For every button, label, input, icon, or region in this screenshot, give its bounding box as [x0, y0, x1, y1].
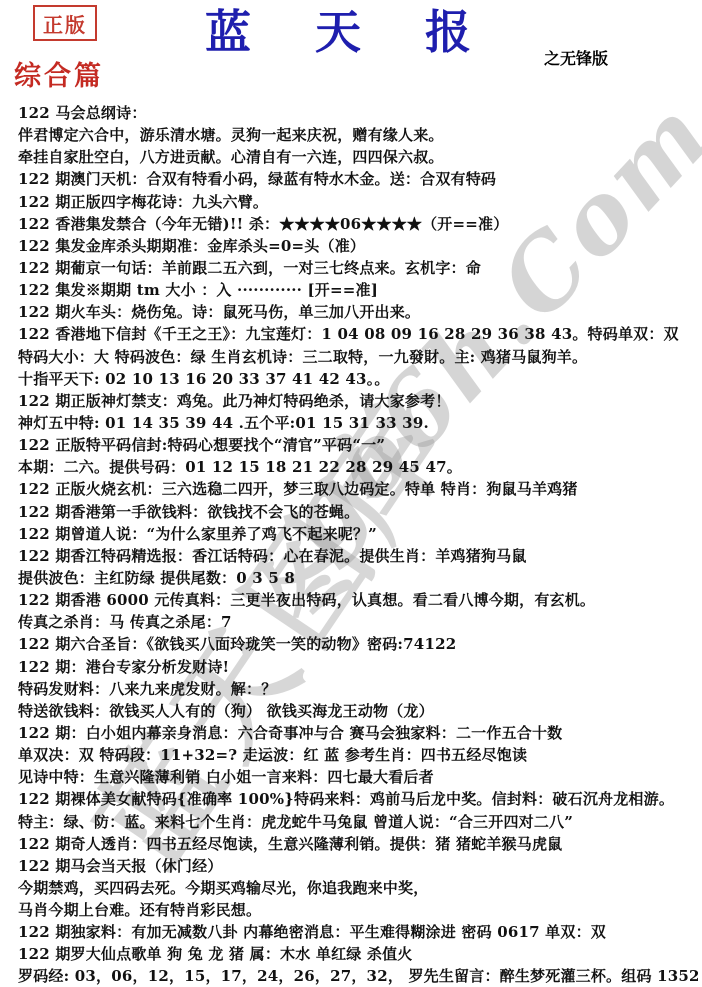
text-line: 122 期六合圣旨：《欲钱买八面玲珑笑一笑的动物》密码:74122	[18, 633, 698, 655]
text-line: 伴君博定六合中，游乐清水塘。灵狗一起来庆祝，赠有缘人来。	[18, 124, 698, 146]
text-line: 122 集发金库杀头期期准：金库杀头=0=头（准）	[18, 235, 698, 257]
text-line: 十指平天下: 02 10 13 16 20 33 37 41 42 43。。	[18, 368, 698, 390]
text-line: 122 期马会当天报（休门经）	[18, 855, 698, 877]
text-line: 122 马会总纲诗：	[18, 102, 698, 124]
text-line: 122 期裸体美女献特码{准确率 100%}特码来料：鸡前马后龙中奖。信封料：破…	[18, 788, 698, 810]
text-line: 122 正版特平码信封:特码心想要找个“清官”平码“一”	[18, 434, 698, 456]
text-line: 牵挂自家肚空白，八方进贡献。心清自有一六连，四四保六叔。	[18, 146, 698, 168]
text-line: 122 期独家料：有加无减数八卦 内幕绝密消息：平生难得糊涂进 密码 0617 …	[18, 921, 698, 943]
text-line: 特主：绿、防：蓝。来料七个生肖：虎龙蛇牛马兔鼠 曾道人说：“合三开四对二八”	[18, 811, 698, 833]
page-title: 蓝 天 报	[150, 0, 550, 62]
text-line: 122 香港地下信封《千王之王》：九宝莲灯：1 04 08 09 16 28 2…	[18, 323, 698, 345]
text-line: 罗码经: 03，06，12，15，17，24，26，27，32， 罗先生留言：醉…	[18, 965, 698, 987]
text-line: 122 期罗大仙点歌单 狗 兔 龙 猪 属：木水 单红绿 杀值火	[18, 943, 698, 965]
newspaper-page: 蓝天图库 go6h.Com 正版 蓝 天 报 之无锋版 综合篇 122 马会总纲…	[0, 0, 702, 987]
text-line: 122 集发※期期 tm 大小 ：入 ············ [开==准]	[18, 279, 698, 301]
text-line: 传真之杀肖：马 传真之杀尾：7	[18, 611, 698, 633]
text-line: 122 期香港 6000 元传真料：三更半夜出特码，认真想。看二看八博今期，有玄…	[18, 589, 698, 611]
text-line: 122 期香江特码精选报：香江话特码：心在春泥。提供生肖：羊鸡猪狗马鼠	[18, 545, 698, 567]
content-lines: 122 马会总纲诗：伴君博定六合中，游乐清水塘。灵狗一起来庆祝，赠有缘人来。牵挂…	[18, 102, 698, 987]
text-line: 特送欲钱料：欲钱买人人有的（狗） 欲钱买海龙王动物（龙）	[18, 700, 698, 722]
text-line: 122 期曾道人说：“为什么家里养了鸡飞不起来呢？”	[18, 523, 698, 545]
text-line: 122 期正版神灯禁支：鸡兔。此乃神灯特码绝杀，请大家参考！	[18, 390, 698, 412]
text-line: 本期：二六。提供号码：01 12 15 18 21 22 28 29 45 47…	[18, 456, 698, 478]
text-line: 122 香港集发禁合（今年无错)!! 杀：★★★★06★★★★（开==准）	[18, 213, 698, 235]
section-title: 综合篇	[14, 54, 104, 93]
text-line: 122 期葡京一句话：羊前跟二五六到，一对三七终点来。玄机字：命	[18, 257, 698, 279]
text-line: 神灯五中特: 01 14 35 39 44 .五个平:01 15 31 33 3…	[18, 412, 698, 434]
text-line: 122 期：港台专家分析发财诗!	[18, 656, 698, 678]
text-line: 122 期香港第一手欲钱料：欲钱找不会飞的苍蝇。	[18, 501, 698, 523]
text-line: 122 正版火烧玄机：三六选稳二四开，梦三取八边码定。特单 特肖：狗鼠马羊鸡猪	[18, 478, 698, 500]
text-line: 马肖今期上台难。还有特肖彩民想。	[18, 899, 698, 921]
text-line: 特码大小：大 特码波色：绿 生肖玄机诗：三二取特，一九發財。主: 鸡猪马鼠狗羊。	[18, 346, 698, 368]
text-line: 今期禁鸡，买四码去死。今期买鸡输尽光，你追我跑来中奖，	[18, 877, 698, 899]
text-line: 122 期奇人透肖：四书五经尽饱读，生意兴隆薄利销。提供：猪 猪蛇羊猴马虎鼠	[18, 833, 698, 855]
text-line: 122 期：白小姐内幕亲身消息：六合奇事冲与合 赛马会独家料：二一作五合十数	[18, 722, 698, 744]
text-line: 特码发财料：八来九来虎发财。解：？	[18, 678, 698, 700]
text-line: 122 期火车头：烧伤兔。诗：鼠死马伤，单三加八开出来。	[18, 301, 698, 323]
edition-label: 之无锋版	[544, 46, 608, 69]
text-line: 122 期正版四字梅花诗：九头六臂。	[18, 191, 698, 213]
text-line: 单双决：双 特码段：11+32=? 走运波：红 蓝 参考生肖：四书五经尽饱读	[18, 744, 698, 766]
text-line: 122 期澳门天机：合双有特看小码，绿蓝有特水木金。送：合双有特码	[18, 168, 698, 190]
text-line: 提供波色：主红防绿 提供尾数：0 3 5 8	[18, 567, 698, 589]
text-line: 见诗中特：生意兴隆薄利销 白小姐一言来料：四七最大看后者	[18, 766, 698, 788]
genuine-edition-badge: 正版	[33, 5, 97, 41]
